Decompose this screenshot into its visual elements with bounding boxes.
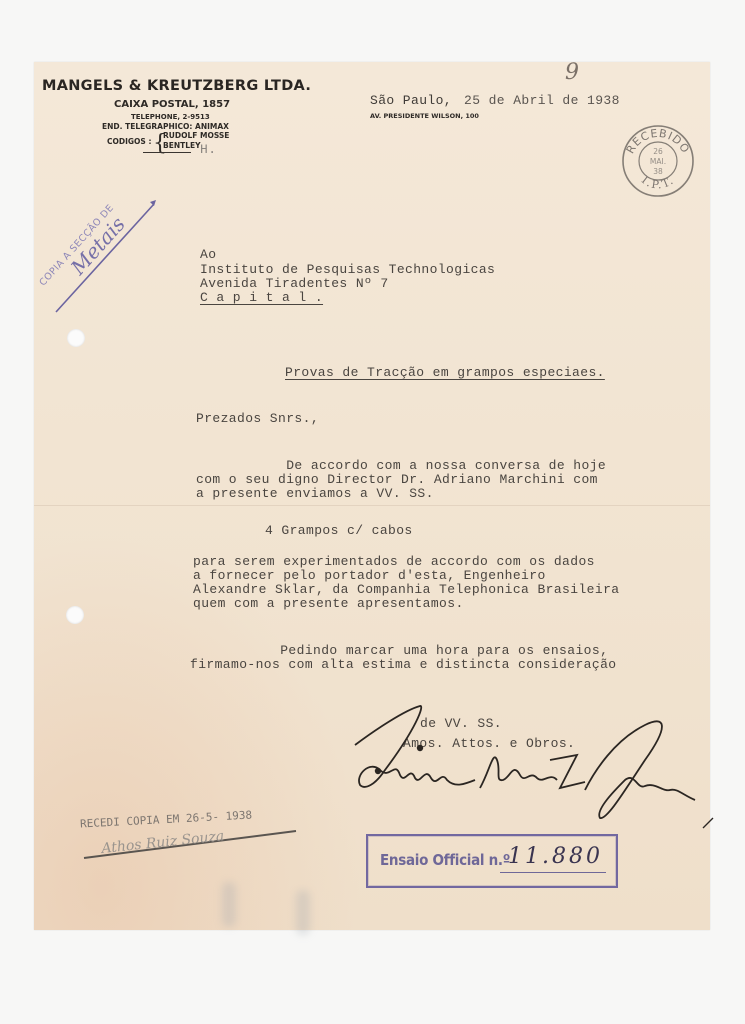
caixa-postal: CAIXA POSTAL, 1857 bbox=[114, 99, 230, 110]
recipient-line3: C a p i t a l . bbox=[200, 291, 323, 305]
company-address: AV. PRESIDENTE WILSON, 100 bbox=[370, 112, 479, 120]
body-para1-line3: a presente enviamos a VV. SS. bbox=[196, 487, 434, 501]
body-para2-line4: quem com a presente apresentamos. bbox=[193, 597, 464, 611]
body-para3-line2: firmamo-nos com alta estima e distincta … bbox=[190, 658, 616, 672]
svg-text:Athos Ruiz Souza: Athos Ruiz Souza bbox=[99, 828, 225, 857]
codigos-label: CODIGOS : bbox=[107, 137, 151, 146]
greeting: Prezados Snrs., bbox=[196, 412, 319, 426]
recipient-to: Ao bbox=[200, 248, 216, 262]
subject-line: Provas de Tracção em grampos especiaes. bbox=[285, 366, 605, 380]
telephone: TELEPHONE, 2-9513 bbox=[131, 113, 210, 121]
svg-text:26: 26 bbox=[653, 147, 663, 156]
recipient-line1: Instituto de Pesquisas Technologicas bbox=[200, 263, 495, 277]
item-grampos: 4 Grampos c/ cabos bbox=[265, 524, 413, 538]
body-para1-line1: De accordo com a nossa conversa de hoje bbox=[196, 459, 606, 473]
codigo-rudolf-mosse: RUDOLF MOSSE bbox=[163, 131, 229, 140]
signature bbox=[345, 700, 715, 840]
svg-text:MAI.: MAI. bbox=[650, 157, 666, 166]
smudge bbox=[222, 882, 236, 927]
page-number-pencil: 9 bbox=[565, 60, 579, 85]
date-city: São Paulo, bbox=[370, 94, 452, 108]
received-stamp: RECEBIDO I.P.T. 26 MAI. 38 bbox=[621, 124, 695, 198]
date-text: 25 de Abril de 1938 bbox=[464, 94, 620, 108]
fold-crease bbox=[34, 505, 710, 506]
body-para2-line3: Alexandre Sklar, da Companhia Telephonic… bbox=[193, 583, 619, 597]
body-para3-line1: Pedindo marcar uma hora para os ensaios, bbox=[190, 644, 608, 658]
body-para2-line2: a fornecer pelo portador d'esta, Engenhe… bbox=[193, 569, 546, 583]
telegraphic-address: END. TELEGRAPHICO: ANIMAX bbox=[102, 122, 229, 131]
ensaio-number-rule bbox=[500, 872, 606, 873]
recipient-line2: Avenida Tiradentes Nº 7 bbox=[200, 277, 389, 291]
svg-text:I.P.T.: I.P.T. bbox=[639, 174, 677, 192]
ensaio-label: Ensaio Official n.º bbox=[380, 851, 510, 869]
body-para1-line2: com o seu digno Director Dr. Adriano Mar… bbox=[196, 473, 598, 487]
company-name: MANGELS & KREUTZBERG LTDA. bbox=[42, 78, 311, 94]
body-para2-line1: para serem experimentados de accordo com… bbox=[193, 555, 595, 569]
letterhead-rule bbox=[143, 152, 191, 153]
copy-section-handwriting: Metais bbox=[50, 196, 160, 318]
smudge bbox=[296, 890, 310, 935]
punch-hole-top bbox=[67, 329, 85, 347]
ensaio-number: 11.880 bbox=[508, 844, 603, 869]
punch-hole-bottom bbox=[66, 606, 84, 624]
typist-initial: H. bbox=[200, 143, 216, 157]
ensaio-official-stamp: Ensaio Official n.º 11.880 bbox=[366, 834, 618, 888]
codigo-bentley: BENTLEY bbox=[163, 141, 201, 150]
svg-text:Metais: Metais bbox=[65, 212, 130, 280]
svg-text:38: 38 bbox=[653, 167, 663, 176]
receipt-note-signature: Athos Ruiz Souza bbox=[82, 825, 302, 865]
